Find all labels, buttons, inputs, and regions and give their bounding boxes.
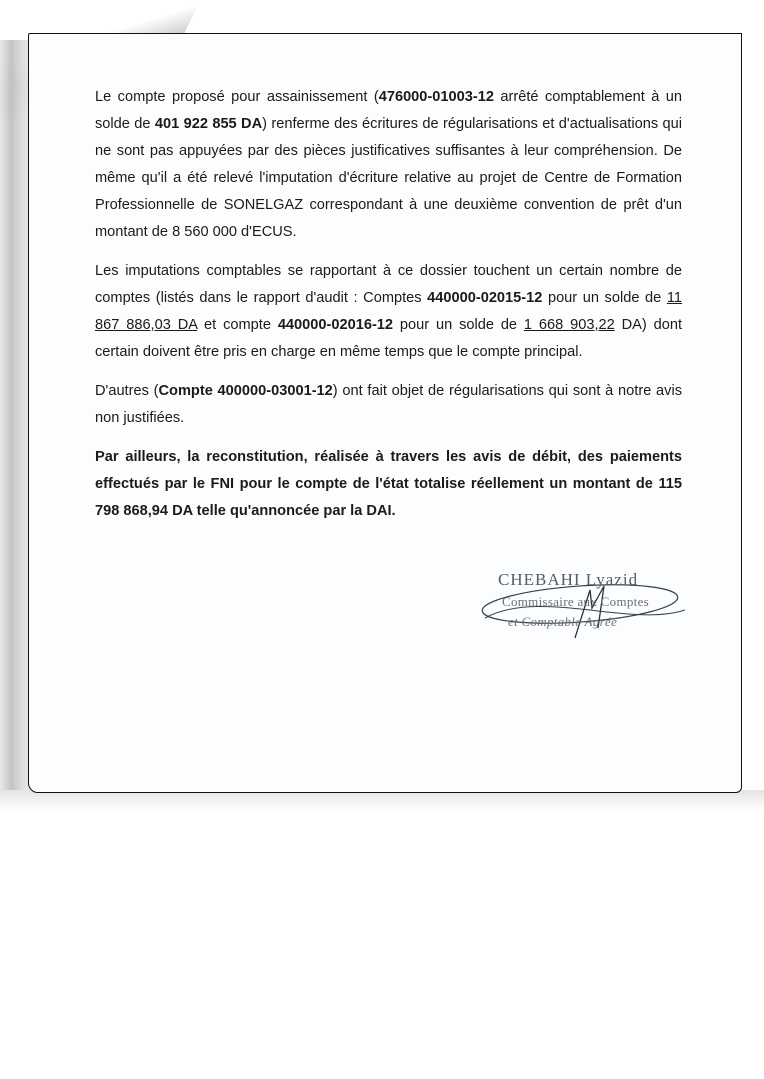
text-segment: 440000-02015-12 — [427, 290, 542, 306]
text-segment: Par ailleurs, la reconstitution, réalisé… — [95, 449, 682, 519]
text-segment: pour un solde de — [542, 290, 666, 306]
stamp-name: CHEBAHI Lyazid — [498, 570, 638, 590]
text-segment: 476000-01003-12 — [379, 89, 494, 105]
text-segment: pour un solde de — [393, 317, 524, 333]
stamp-title-line2: et Comptable Agréé — [508, 614, 617, 630]
text-segment: Le compte proposé pour assainissement ( — [95, 89, 379, 105]
paragraph-account-400000: D'autres (Compte 400000-03001-12) ont fa… — [95, 378, 682, 432]
text-segment: Compte 400000-03001-12 — [159, 383, 333, 399]
text-segment: ) renferme des écritures de régularisati… — [95, 116, 682, 240]
text-segment: D'autres ( — [95, 383, 159, 399]
text-segment: et compte — [197, 317, 278, 333]
stamp-title-line1: Commissaire aux Comptes — [502, 594, 649, 610]
text-segment: 1 668 903,22 — [524, 317, 615, 333]
auditor-stamp-signature: CHEBAHI Lyazid Commissaire aux Comptes e… — [480, 568, 690, 640]
document-body: Le compte proposé pour assainissement (4… — [95, 84, 682, 537]
paragraph-imputations: Les imputations comptables se rapportant… — [95, 258, 682, 366]
paragraph-reconstitution: Par ailleurs, la reconstitution, réalisé… — [95, 444, 682, 525]
paragraph-account-476000: Le compte proposé pour assainissement (4… — [95, 84, 682, 246]
text-segment: 440000-02016-12 — [278, 317, 393, 333]
scan-bottom-shadow — [0, 790, 764, 812]
text-segment: 401 922 855 DA — [155, 116, 262, 132]
